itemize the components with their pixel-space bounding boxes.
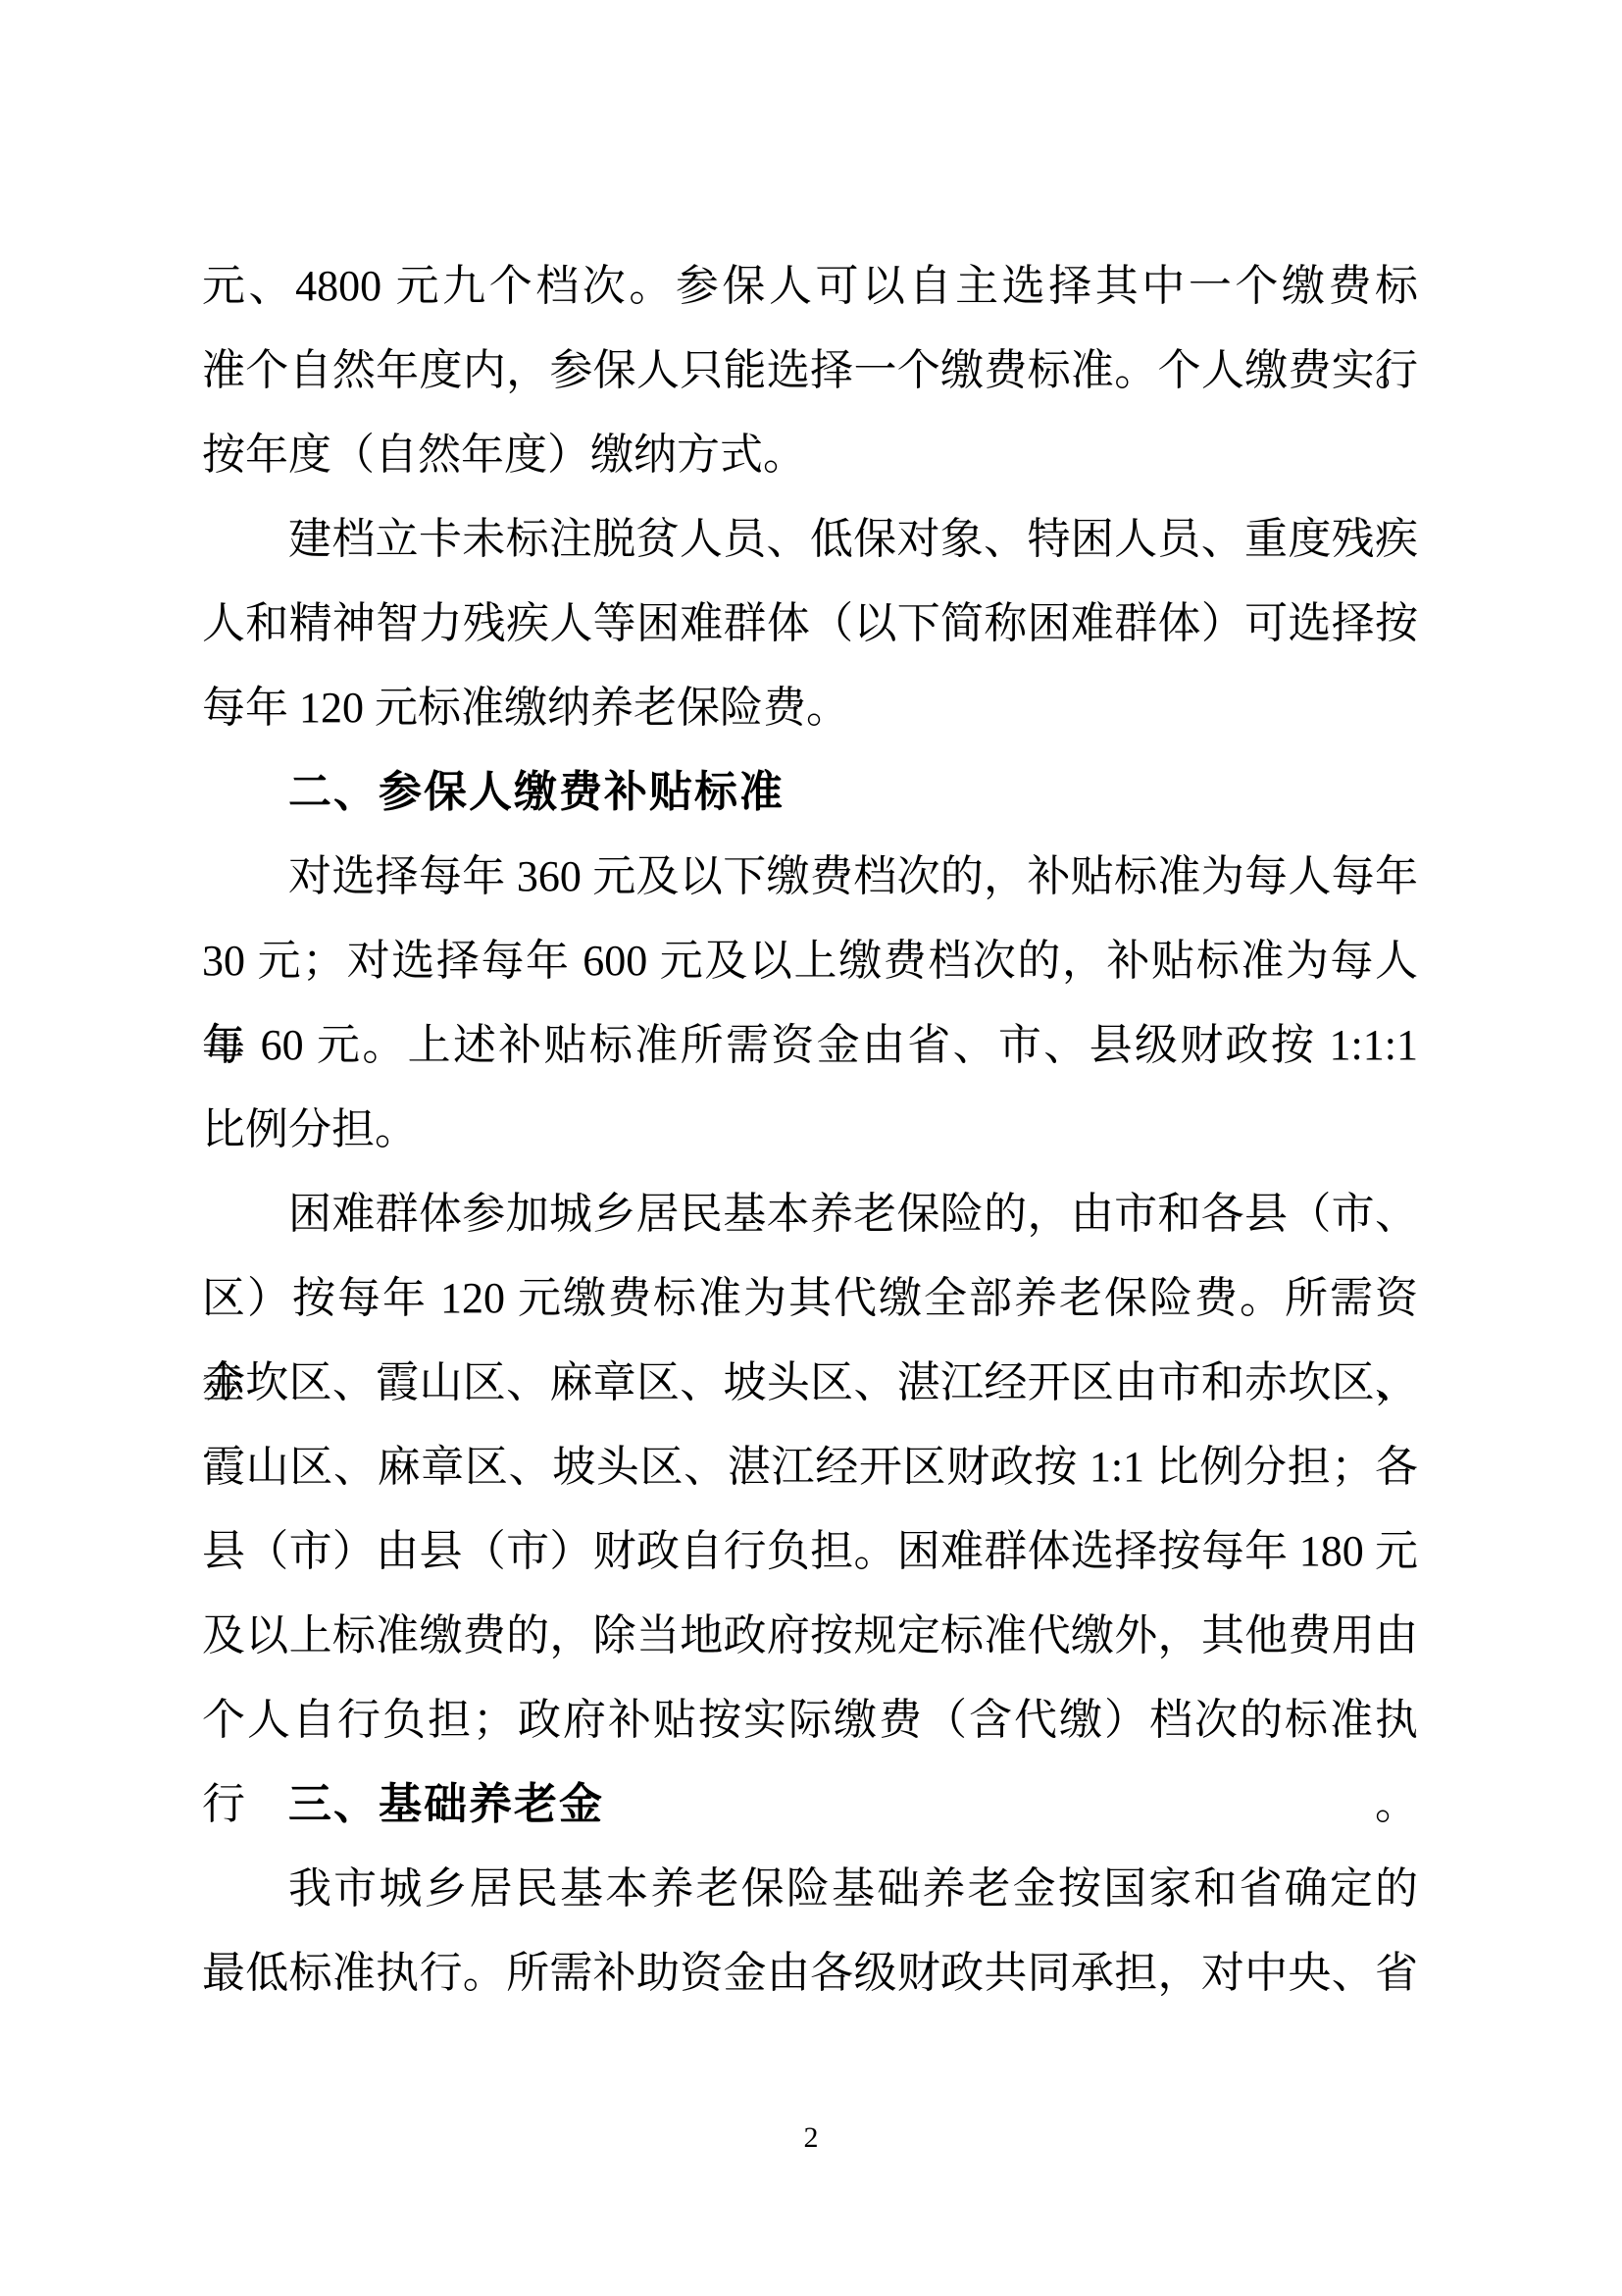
document-page: 元、4800 元九个档次。参保人可以自主选择其中一个缴费标准。 一个自然年度内，… <box>0 0 1622 2296</box>
text-line: 及以上标准缴费的，除当地政府按规定标准代缴外，其他费用由 <box>202 1594 1418 1678</box>
text-line: 县（市）由县（市）财政自行负担。困难群体选择按每年 180 元 <box>202 1509 1418 1594</box>
text-line: 困难群体参加城乡居民基本养老保险的，由市和各县（市、 <box>202 1172 1418 1256</box>
text-line: 建档立卡未标注脱贫人员、低保对象、特困人员、重度残疾 <box>202 497 1418 582</box>
page-number: 2 <box>0 2121 1622 2155</box>
text-line: 按年度（自然年度）缴纳方式。 <box>202 413 1418 497</box>
text-line: 人和精神智力残疾人等困难群体（以下简称困难群体）可选择按 <box>202 582 1418 666</box>
text-line: 一个自然年度内，参保人只能选择一个缴费标准。个人缴费实行 <box>202 329 1418 413</box>
text-line: 个人自行负担；政府补贴按实际缴费（含代缴）档次的标准执行。 <box>202 1678 1418 1762</box>
text-line: 每年 120 元标准缴纳养老保险费。 <box>202 666 1418 750</box>
text-line: 我市城乡居民基本养老保险基础养老金按国家和省确定的 <box>202 1847 1418 1931</box>
text-line: 霞山区、麻章区、坡头区、湛江经开区财政按 1:1 比例分担；各 <box>202 1425 1418 1509</box>
text-line: 赤坎区、霞山区、麻章区、坡头区、湛江经开区由市和赤坎区、 <box>202 1341 1418 1425</box>
text-line: 比例分担。 <box>202 1088 1418 1172</box>
text-line: 最低标准执行。所需补助资金由各级财政共同承担，对中央、省 <box>202 1931 1418 2015</box>
text-line: 30 元；对选择每年 600 元及以上缴费档次的，补贴标准为每人每 <box>202 919 1418 1003</box>
text-line: 对选择每年 360 元及以下缴费档次的，补贴标准为每人每年 <box>202 835 1418 919</box>
text-line: 元、4800 元九个档次。参保人可以自主选择其中一个缴费标准。 <box>202 244 1418 329</box>
text-line: 区）按每年 120 元缴费标准为其代缴全部养老保险费。所需资金， <box>202 1256 1418 1341</box>
section-heading-2: 二、参保人缴费补贴标准 <box>202 750 1418 835</box>
document-body: 元、4800 元九个档次。参保人可以自主选择其中一个缴费标准。 一个自然年度内，… <box>202 244 1418 2015</box>
text-line: 年 60 元。上述补贴标准所需资金由省、市、县级财政按 1:1:1 <box>202 1003 1418 1088</box>
